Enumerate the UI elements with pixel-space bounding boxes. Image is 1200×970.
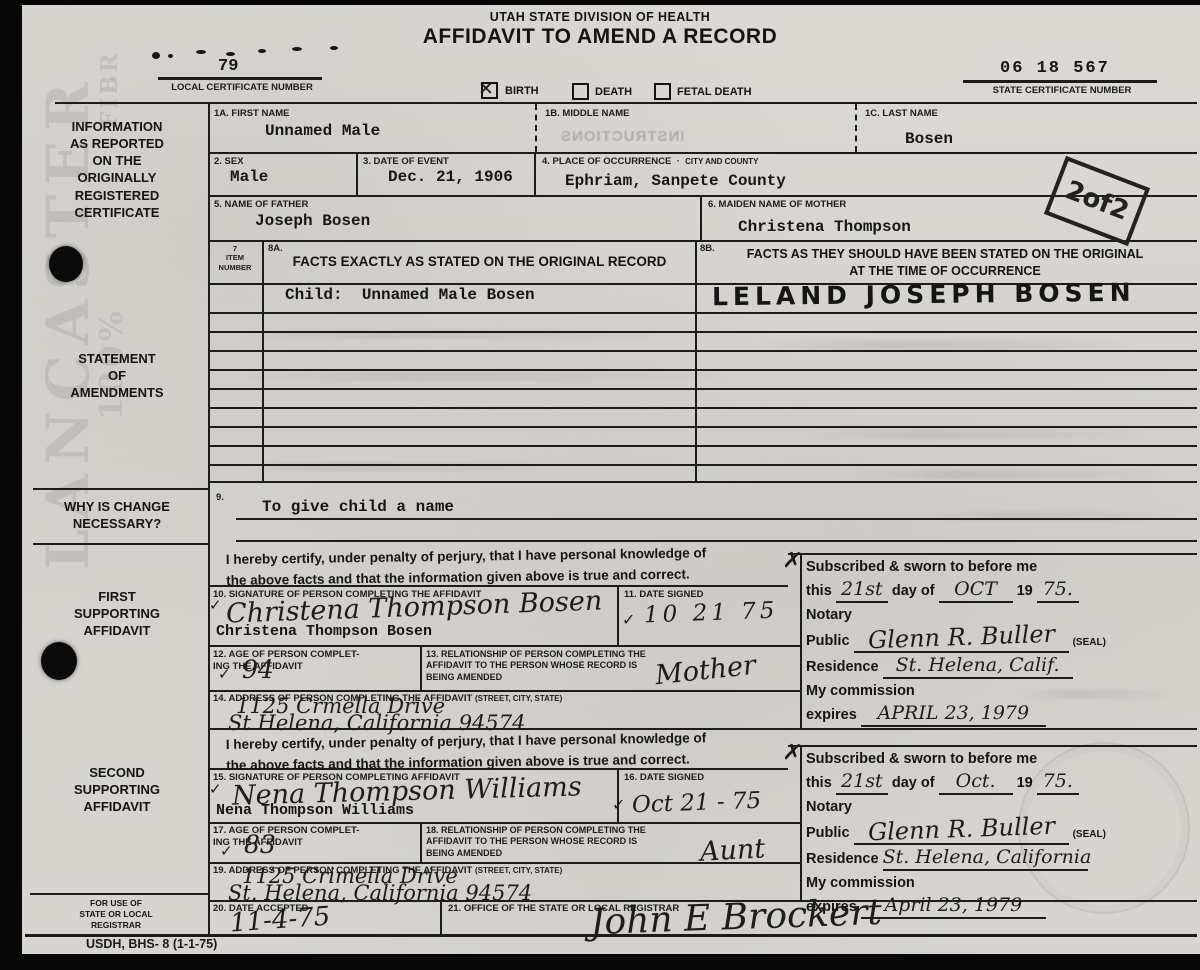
rule bbox=[208, 102, 210, 934]
age2-checkmark: ✓ bbox=[220, 842, 233, 860]
why-change-value: To give child a name bbox=[262, 498, 454, 516]
last-name-value: Bosen bbox=[905, 130, 953, 148]
notary1-year: 75. bbox=[1043, 578, 1073, 600]
notary1-commission-label: My commission bbox=[806, 682, 1200, 701]
first-name-value: Unnamed Male bbox=[265, 122, 380, 140]
rule bbox=[55, 102, 1197, 104]
state-certificate-label: STATE CERTIFICATE NUMBER bbox=[965, 85, 1159, 97]
rule bbox=[208, 481, 1197, 483]
notary1-year-fill: 75. bbox=[1037, 580, 1079, 603]
notary1-dayof: day of bbox=[892, 583, 935, 599]
pen-mark bbox=[330, 46, 338, 50]
notary2-public-line: Public Glenn R. Buller (SEAL) bbox=[806, 820, 1200, 845]
rule bbox=[855, 104, 857, 152]
notary1-sworn-line: Subscribed & sworn to before me bbox=[806, 558, 1200, 577]
rule bbox=[158, 77, 322, 80]
notary1-seal-label: (SEAL) bbox=[1073, 637, 1106, 648]
hole-punch bbox=[41, 642, 77, 680]
date-signed2-label: 16. DATE SIGNED bbox=[624, 772, 704, 784]
certification-statement-2: I hereby certify, under penalty of perju… bbox=[226, 727, 797, 777]
notary1-date-line: this 21st day of OCT 19 75. bbox=[806, 580, 1200, 603]
rule bbox=[800, 745, 802, 900]
pen-mark bbox=[152, 52, 160, 59]
rule bbox=[788, 745, 1197, 747]
rule bbox=[617, 585, 619, 645]
notary2-seal-label: (SEAL) bbox=[1073, 829, 1106, 840]
rule bbox=[208, 388, 1197, 390]
address2-line2: St. Helena, California 94574 bbox=[228, 881, 532, 905]
section-label-registrar-use: FOR USE OF STATE OR LOCAL REGISTRAR bbox=[30, 898, 202, 932]
fetal-death-checkbox-label: FETAL DEATH bbox=[677, 86, 752, 98]
notary1-day: 21st bbox=[841, 578, 883, 600]
bleedthrough-smudge bbox=[235, 372, 735, 381]
first-name-label: 1A. FIRST NAME bbox=[214, 108, 289, 120]
notary2-day: 21st bbox=[841, 770, 883, 792]
notary2-signature: Glenn R. Buller bbox=[867, 817, 1055, 843]
rule bbox=[236, 518, 1197, 520]
rule bbox=[208, 690, 800, 692]
notary1-residence: St. Helena, Calif. bbox=[896, 654, 1060, 676]
father-value: Joseph Bosen bbox=[255, 212, 370, 230]
notary1-public-line: Public Glenn R. Buller (SEAL) bbox=[806, 628, 1200, 653]
notary1-residence-label: Residence bbox=[806, 659, 879, 675]
birth-checkbox-mark: ✕ bbox=[478, 78, 494, 100]
rule bbox=[700, 195, 702, 240]
signature2-typed: Nena Thompson Williams bbox=[216, 802, 414, 819]
sex-value: Male bbox=[230, 168, 268, 186]
rule bbox=[33, 543, 208, 545]
notary2-month: Oct. bbox=[956, 770, 996, 792]
state-certificate-number: 06 18 567 bbox=[1000, 59, 1110, 78]
relationship1-label: 13. RELATIONSHIP OF PERSON COMPLETING TH… bbox=[426, 649, 646, 683]
signature2-checkmark: ✓ bbox=[209, 780, 222, 798]
rule bbox=[208, 312, 1197, 314]
date-signed1-label: 11. DATE SIGNED bbox=[624, 589, 704, 601]
notary1-expires-line: expires APRIL 23, 1979 bbox=[806, 704, 1200, 727]
notary2-dayof: day of bbox=[892, 775, 935, 791]
notary1-residence-line: Residence St. Helena, Calif. bbox=[806, 656, 1200, 679]
local-certificate-number: 79 bbox=[218, 57, 238, 76]
notary2-public-word: Public bbox=[806, 825, 850, 841]
facts-corrected-entry-handwritten: LELAND JOSEPH BOSEN bbox=[712, 278, 1136, 311]
date-signed2-value: Oct 21 - 75 bbox=[632, 788, 762, 818]
date-of-event-value: Dec. 21, 1906 bbox=[388, 168, 513, 186]
notary2-expires-fill: April 23, 1979 bbox=[861, 896, 1046, 919]
notary1-x-mark: ✗ bbox=[781, 547, 804, 575]
certification-statement-1: I hereby certify, under penalty of perju… bbox=[226, 542, 797, 592]
place-sublabel: CITY AND COUNTY bbox=[685, 157, 758, 166]
notary2-residence-line: Residence St. Helena, California bbox=[806, 848, 1200, 871]
rule bbox=[208, 464, 1197, 466]
rule bbox=[440, 900, 442, 934]
section-label-amendments: STATEMENT OF AMENDMENTS bbox=[28, 350, 206, 401]
bleedthrough-smudge bbox=[850, 470, 1170, 479]
rule bbox=[534, 152, 536, 195]
form-number: USDH, BHS- 8 (1-1-75) bbox=[86, 937, 217, 951]
rule bbox=[208, 407, 1197, 409]
agency-name: UTAH STATE DIVISION OF HEALTH bbox=[400, 10, 800, 24]
rule bbox=[208, 331, 1197, 333]
section-label-second-affidavit: SECOND SUPPORTING AFFIDAVIT bbox=[28, 764, 206, 815]
notary1-signature: Glenn R. Buller bbox=[867, 625, 1055, 651]
notary1-block: Subscribed & sworn to before me this 21s… bbox=[806, 558, 1200, 730]
section-label-why-change: WHY IS CHANGE NECESSARY? bbox=[28, 498, 206, 532]
pen-mark bbox=[168, 54, 173, 58]
rule bbox=[208, 426, 1197, 428]
death-checkbox-label: DEATH bbox=[595, 86, 632, 98]
pen-mark bbox=[196, 50, 206, 54]
age2-label: 17. AGE OF PERSON COMPLET- ING THE AFFID… bbox=[213, 825, 359, 849]
date-signed1-value: 10 21 75 bbox=[644, 598, 779, 629]
rule bbox=[208, 369, 1197, 371]
rule bbox=[208, 445, 1197, 447]
rule bbox=[208, 350, 1197, 352]
pen-mark bbox=[292, 47, 302, 51]
facts-corrected-header: FACTS AS THEY SHOULD HAVE BEEN STATED ON… bbox=[700, 246, 1190, 280]
age1-label: 12. AGE OF PERSON COMPLET- ING THE AFFID… bbox=[213, 649, 359, 673]
notary1-expires-label: expires bbox=[806, 707, 857, 723]
pen-mark bbox=[258, 49, 266, 53]
fetal-death-checkbox[interactable] bbox=[654, 83, 671, 100]
notary1-residence-fill: St. Helena, Calif. bbox=[883, 656, 1073, 679]
notary2-this: this bbox=[806, 775, 832, 791]
notary1-expires-fill: APRIL 23, 1979 bbox=[861, 704, 1046, 727]
rule bbox=[33, 488, 208, 490]
paper-watermark-fibre: FIBR bbox=[96, 8, 123, 128]
item-number-column-header: 7 ITEM NUMBER bbox=[210, 244, 260, 272]
notary2-day-fill: 21st bbox=[836, 772, 888, 795]
relationship2-label: 18. RELATIONSHIP OF PERSON COMPLETING TH… bbox=[426, 825, 646, 859]
rule bbox=[420, 645, 422, 690]
why-change-item-number: 9. bbox=[216, 492, 224, 504]
notary2-sworn-line: Subscribed & sworn to before me bbox=[806, 750, 1200, 769]
notary2-residence-label: Residence bbox=[806, 851, 879, 867]
bleedthrough-text: INSTRUCTIONS bbox=[560, 128, 685, 145]
section-label-first-affidavit: FIRST SUPPORTING AFFIDAVIT bbox=[28, 588, 206, 639]
notary2-x-mark: ✗ bbox=[781, 739, 804, 767]
page-count-stamp-text: 2of2 bbox=[1061, 175, 1133, 226]
local-certificate-label: LOCAL CERTIFICATE NUMBER bbox=[160, 82, 324, 94]
rule bbox=[535, 104, 537, 152]
notary1-signature-fill: Glenn R. Buller bbox=[854, 628, 1069, 653]
birth-checkbox-label: BIRTH bbox=[505, 85, 539, 97]
place-value: Ephriam, Sanpete County bbox=[565, 172, 786, 190]
notary2-residence-fill: St. Helena, California bbox=[883, 848, 1088, 871]
notary1-public-word: Public bbox=[806, 633, 850, 649]
notary2-year: 75. bbox=[1043, 770, 1073, 792]
notary2-year-prefix: 19 bbox=[1017, 775, 1033, 791]
date-signed1-checkmark: ✓ bbox=[622, 610, 635, 629]
rule bbox=[208, 195, 1197, 197]
notary1-day-fill: 21st bbox=[836, 580, 888, 603]
hole-punch bbox=[49, 246, 83, 282]
rule bbox=[208, 240, 1197, 242]
signature1-checkmark: ✓ bbox=[209, 596, 222, 614]
age1-value: 94 bbox=[242, 655, 274, 684]
place-label: 4. PLACE OF OCCURRENCE · CITY AND COUNTY bbox=[542, 156, 758, 168]
relationship2-value: Aunt bbox=[699, 833, 766, 867]
scanned-affidavit-document: LANCASTER 100% FIBR INSTRUCTIONS UTAH ST… bbox=[0, 0, 1200, 970]
notary1-expires: APRIL 23, 1979 bbox=[878, 702, 1030, 724]
notary2-expires: April 23, 1979 bbox=[884, 894, 1022, 916]
rule bbox=[800, 553, 802, 728]
bleedthrough-smudge bbox=[760, 340, 1140, 349]
place-label-text: 4. PLACE OF OCCURRENCE bbox=[542, 156, 671, 167]
notary1-month: OCT bbox=[954, 578, 997, 600]
address2-sublabel: (STREET, CITY, STATE) bbox=[475, 866, 562, 875]
notary1-year-prefix: 19 bbox=[1017, 583, 1033, 599]
notary2-date-line: this 21st day of Oct. 19 75. bbox=[806, 772, 1200, 795]
date-signed2-checkmark: ✓ bbox=[612, 795, 625, 814]
signature1-typed: Christena Thompson Bosen bbox=[216, 623, 432, 640]
mother-label: 6. MAIDEN NAME OF MOTHER bbox=[708, 199, 846, 211]
rule bbox=[356, 152, 358, 195]
facts-original-header: FACTS EXACTLY AS STATED ON THE ORIGINAL … bbox=[272, 254, 687, 269]
notary1-this: this bbox=[806, 583, 832, 599]
rule bbox=[208, 822, 800, 824]
age2-value: 83 bbox=[244, 830, 276, 859]
father-label: 5. NAME OF FATHER bbox=[214, 199, 308, 211]
rule bbox=[236, 540, 1197, 542]
rule bbox=[420, 822, 422, 862]
notary2-year-fill: 75. bbox=[1037, 772, 1079, 795]
notary2-commission-label: My commission bbox=[806, 874, 1200, 893]
scan-border bbox=[0, 954, 1200, 970]
middle-name-label: 1B. MIDDLE NAME bbox=[545, 108, 629, 120]
rule bbox=[208, 645, 800, 647]
mother-value: Christena Thompson bbox=[738, 218, 911, 236]
notary2-residence: St. Helena, California bbox=[883, 846, 1092, 868]
date-of-event-label: 3. DATE OF EVENT bbox=[363, 156, 449, 168]
bleedthrough-smudge bbox=[800, 430, 1160, 439]
rule bbox=[30, 893, 208, 895]
rule bbox=[963, 80, 1157, 83]
pen-mark bbox=[226, 52, 235, 56]
notary2-month-fill: Oct. bbox=[939, 772, 1013, 795]
rule bbox=[788, 553, 1197, 555]
form-title: AFFIDAVIT TO AMEND A RECORD bbox=[350, 25, 850, 49]
notary1-month-fill: OCT bbox=[939, 580, 1013, 603]
address1-sublabel: (STREET, CITY, STATE) bbox=[475, 694, 562, 703]
sex-label: 2. SEX bbox=[214, 156, 244, 168]
section-label-original-info: INFORMATION AS REPORTED ON THE ORIGINALL… bbox=[28, 118, 206, 221]
facts-original-entry: Child: Unnamed Male Bosen bbox=[285, 286, 535, 304]
death-checkbox[interactable] bbox=[572, 83, 589, 100]
age1-checkmark: ✓ bbox=[218, 665, 231, 683]
last-name-label: 1C. LAST NAME bbox=[865, 108, 938, 120]
notary2-signature-fill: Glenn R. Buller bbox=[854, 820, 1069, 845]
